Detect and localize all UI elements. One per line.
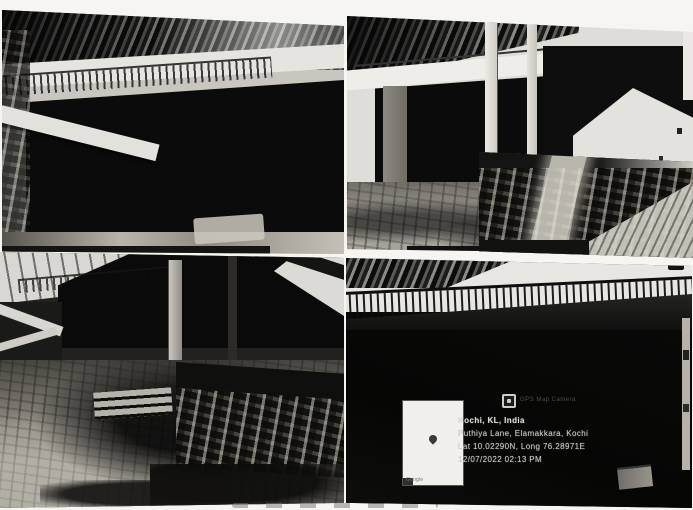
dark-pillar bbox=[228, 254, 237, 366]
photo-top-left-building bbox=[2, 8, 344, 254]
photo-bottom-left-courtyard bbox=[0, 250, 344, 508]
gable-window-dot bbox=[659, 156, 663, 161]
left-texture-strip bbox=[2, 30, 30, 254]
bottom-debris-band bbox=[40, 480, 250, 508]
scanned-page: Google GPS Map Camera Kochi, KL, India P… bbox=[0, 0, 693, 510]
far-right-light-strip bbox=[683, 28, 693, 100]
location-pin-icon bbox=[427, 433, 438, 444]
form-plank-steps bbox=[93, 387, 173, 419]
map-thumbnail: Google bbox=[402, 400, 464, 486]
gps-location-line: Kochi, KL, India bbox=[458, 416, 525, 425]
photo-inset-stone-wall bbox=[479, 146, 693, 258]
gps-coordinates-line: Lat 10.02290N, Long 76.28971E bbox=[458, 442, 585, 451]
gps-address-line: Puthiya Lane, Elamakkara, Kochi bbox=[458, 429, 588, 438]
gps-map-camera-icon bbox=[502, 394, 516, 408]
grey-pillar bbox=[383, 86, 407, 186]
right-strip-notch bbox=[683, 350, 689, 360]
right-strip-notch bbox=[683, 404, 689, 412]
wall-light-patch bbox=[193, 214, 265, 245]
right-light-strip bbox=[682, 318, 690, 470]
gps-map-camera-watermark: GPS Map Camera bbox=[520, 397, 576, 403]
top-right-dot bbox=[652, 260, 658, 265]
gps-timestamp-line: 12/07/2022 02:13 PM bbox=[458, 455, 542, 464]
photo-bottom-right-gps: Google GPS Map Camera Kochi, KL, India P… bbox=[346, 254, 692, 508]
dark-underside-mass bbox=[26, 80, 344, 238]
google-watermark: Google bbox=[406, 477, 423, 483]
top-right-blob bbox=[668, 256, 684, 270]
bottom-dark-corner bbox=[479, 240, 589, 258]
gable-window-dot bbox=[677, 128, 682, 134]
rubble-wall bbox=[176, 362, 344, 478]
grey-object bbox=[617, 464, 653, 489]
